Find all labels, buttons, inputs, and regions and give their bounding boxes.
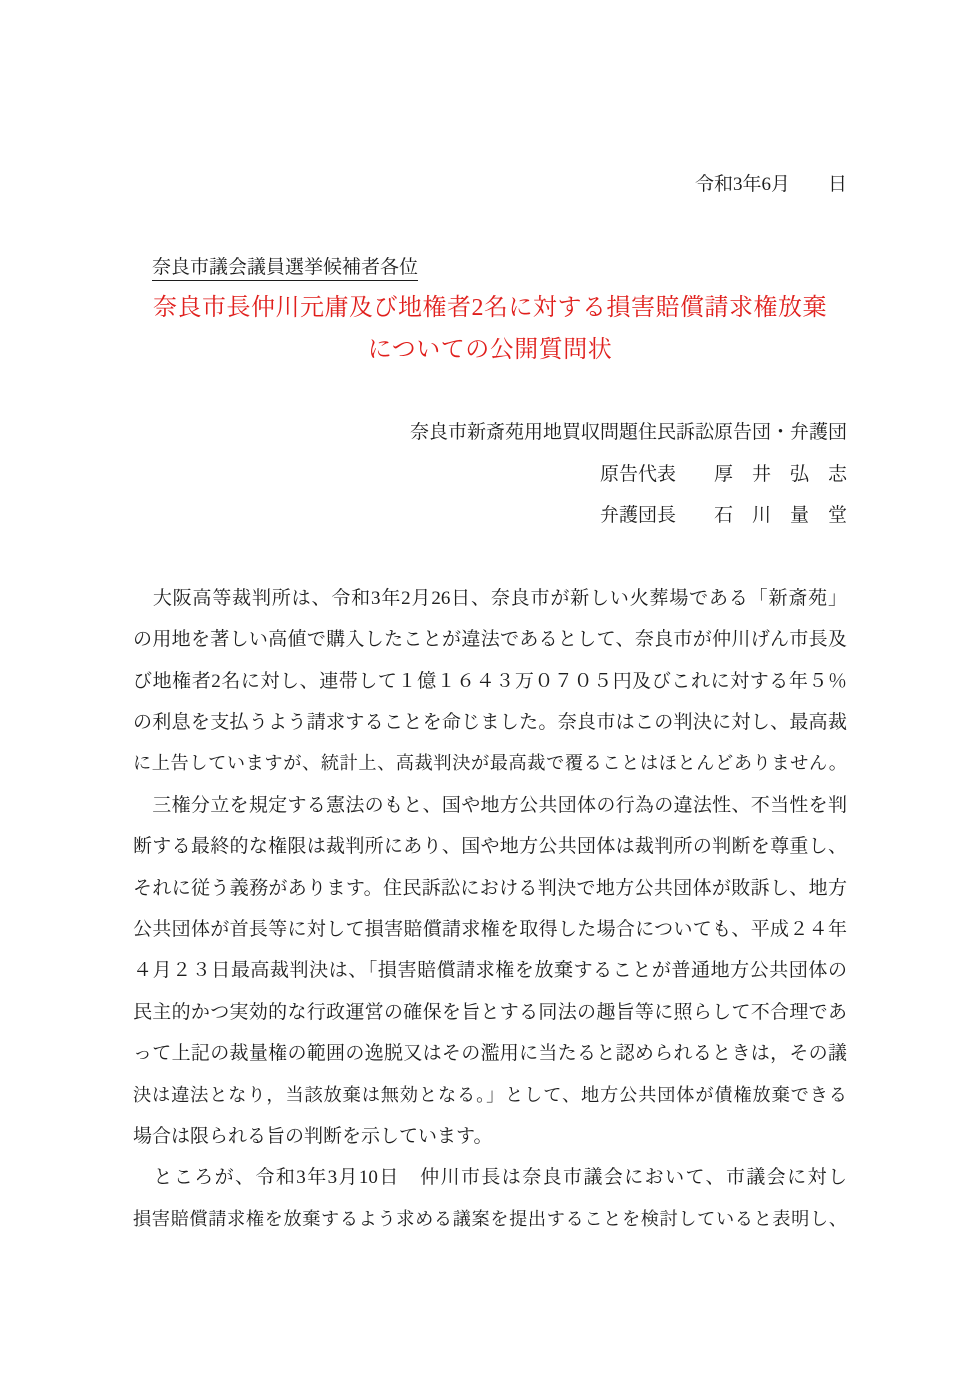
sender-organization: 奈良市新斎苑用地買収問題住民訴訟原告団・弁護団 [133, 412, 847, 453]
body-line: 民主的かつ実効的な行政運営の確保を旨とする同法の趣旨等に照らして不合理であ [133, 992, 847, 1033]
body-line: び地権者2名に対し、連帯して１億１６４３万０７０５円及びこれに対する年５％ [133, 661, 847, 702]
body-line: の利息を支払うよう請求することを命じました。奈良市はこの判決に対し、最高裁 [133, 702, 847, 743]
addressee-text: 奈良市議会議員選挙候補者各位 [152, 257, 418, 281]
addressee-line: 奈良市議会議員選挙候補者各位 [133, 205, 847, 246]
body-line: ところが、令和3年3月10日 仲川市長は奈良市議会において、市議会に対し [133, 1157, 847, 1198]
body-text: 大阪高等裁判所は、令和3年2月26日、奈良市が新しい火葬場である「新斎苑」 の用… [133, 578, 847, 1240]
document-title: 奈良市長仲川元庸及び地権者2名に対する損害賠償請求権放棄 についての公開質問状 [133, 288, 847, 371]
body-line: ４月２３日最高裁判決は、「損害賠償請求権を放棄することが普通地方公共団体の [133, 950, 847, 991]
sender-block: 奈良市新斎苑用地買収問題住民訴訟原告団・弁護団 原告代表 厚 井 弘 志 弁護団… [133, 412, 847, 536]
document-page: 令和3年6月 日 奈良市議会議員選挙候補者各位 奈良市長仲川元庸及び地権者2名に… [0, 0, 980, 1386]
body-line: の用地を著しい高値で購入したことが違法であるとして、奈良市が仲川げん市長及 [133, 619, 847, 660]
body-line: に上告していますが、統計上、高裁判決が最高裁で覆ることはほとんどありません。 [133, 743, 847, 784]
body-line: それに従う義務があります。住民訴訟における判決で地方公共団体が敗訴し、地方 [133, 868, 847, 909]
body-line: 断する最終的な権限は裁判所にあり、国や地方公共団体は裁判所の判断を尊重し、 [133, 826, 847, 867]
sender-counsel: 弁護団長 石 川 量 堂 [133, 495, 847, 536]
body-line: 公共団体が首長等に対して損害賠償請求権を取得した場合についても、平成２４年 [133, 909, 847, 950]
document-title-line1: 奈良市長仲川元庸及び地権者2名に対する損害賠償請求権放棄 [133, 288, 847, 329]
body-line: 損害賠償請求権を放棄するよう求める議案を提出することを検討していると表明し、 [133, 1199, 847, 1240]
date-line: 令和3年6月 日 [133, 164, 847, 205]
sender-representative: 原告代表 厚 井 弘 志 [133, 454, 847, 495]
body-line: って上記の裁量権の範囲の逸脱又はその濫用に当たると認められるときは，その議 [133, 1033, 847, 1074]
document-title-line2: についての公開質問状 [133, 330, 847, 371]
body-line: 場合は限られる旨の判断を示しています。 [133, 1116, 847, 1157]
body-line: 決は違法となり，当該放棄は無効となる。」として、地方公共団体が債権放棄できる [133, 1075, 847, 1116]
body-line: 三権分立を規定する憲法のもと、国や地方公共団体の行為の違法性、不当性を判 [133, 785, 847, 826]
body-line: 大阪高等裁判所は、令和3年2月26日、奈良市が新しい火葬場である「新斎苑」 [133, 578, 847, 619]
